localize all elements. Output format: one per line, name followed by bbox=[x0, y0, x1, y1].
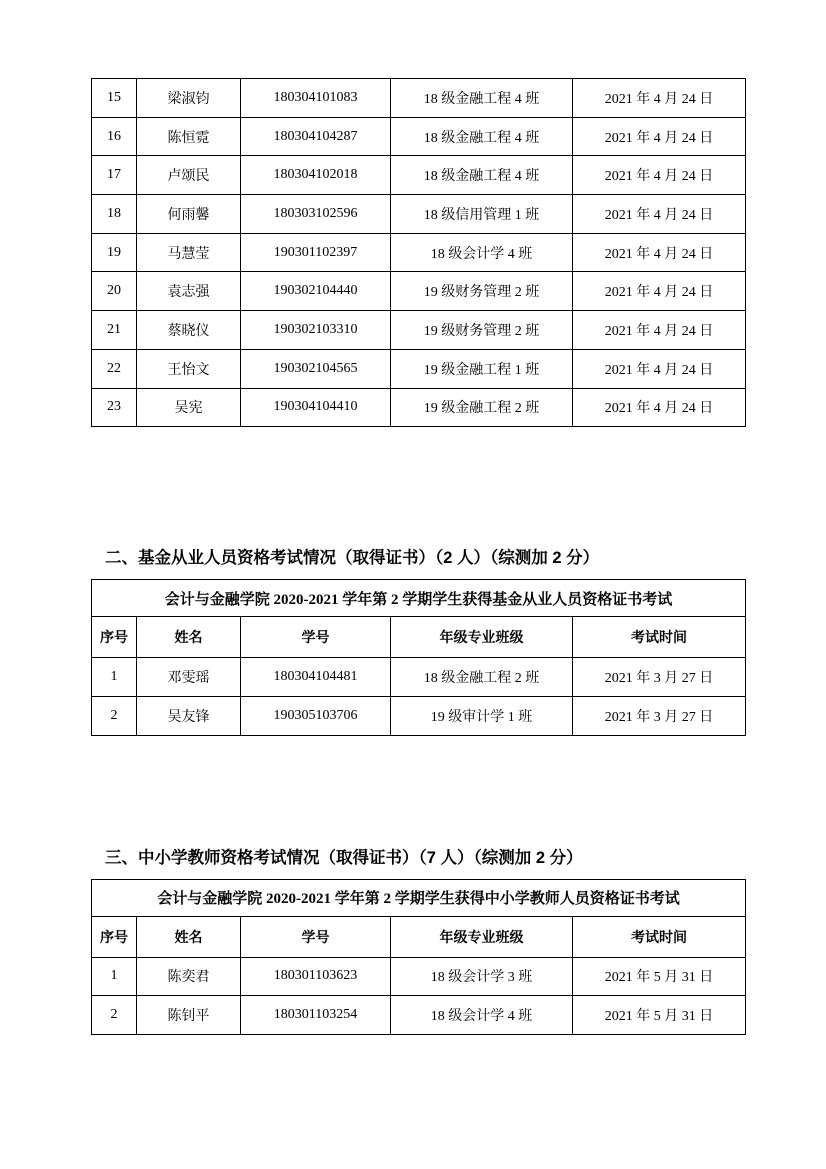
col-header-name: 姓名 bbox=[137, 617, 241, 658]
table-header-row: 序号 姓名 学号 年级专业班级 考试时间 bbox=[92, 916, 746, 957]
table-cell: 180303102596 bbox=[241, 195, 391, 234]
table-cell: 2021 年 4 月 24 日 bbox=[573, 156, 746, 195]
table-cell: 1 bbox=[92, 957, 137, 996]
table-cell: 邓雯瑶 bbox=[137, 658, 241, 697]
table-cell: 18 级金融工程 4 班 bbox=[391, 117, 573, 156]
table-header-row: 序号 姓名 学号 年级专业班级 考试时间 bbox=[92, 617, 746, 658]
col-header-class: 年级专业班级 bbox=[391, 916, 573, 957]
table-cell: 19 级财务管理 2 班 bbox=[391, 311, 573, 350]
col-header-class: 年级专业班级 bbox=[391, 617, 573, 658]
col-header-name: 姓名 bbox=[137, 916, 241, 957]
table-cell: 2021 年 4 月 24 日 bbox=[573, 388, 746, 427]
table-cell: 2021 年 4 月 24 日 bbox=[573, 311, 746, 350]
table-cell: 190302104440 bbox=[241, 272, 391, 311]
document-content: 15梁淑钧18030410108318 级金融工程 4 班2021 年 4 月 … bbox=[91, 78, 745, 1035]
teacher-exam-table-head: 会计与金融学院 2020-2021 学年第 2 学期学生获得中小学教师人员资格证… bbox=[92, 879, 746, 957]
table-cell: 2021 年 4 月 24 日 bbox=[573, 272, 746, 311]
table-cell: 马慧莹 bbox=[137, 233, 241, 272]
table-cell: 180304104287 bbox=[241, 117, 391, 156]
table-cell: 19 级金融工程 2 班 bbox=[391, 388, 573, 427]
table-cell: 陈钊平 bbox=[137, 996, 241, 1035]
col-header-index: 序号 bbox=[92, 916, 137, 957]
col-header-exam-date: 考试时间 bbox=[573, 916, 746, 957]
table-cell: 190304104410 bbox=[241, 388, 391, 427]
table-row: 18何雨馨18030310259618 级信用管理 1 班2021 年 4 月 … bbox=[92, 195, 746, 234]
table-row: 16陈恒霓18030410428718 级金融工程 4 班2021 年 4 月 … bbox=[92, 117, 746, 156]
table-cell: 190301102397 bbox=[241, 233, 391, 272]
table-cell: 18 级金融工程 4 班 bbox=[391, 79, 573, 118]
certificate-table-continued-body: 15梁淑钧18030410108318 级金融工程 4 班2021 年 4 月 … bbox=[92, 79, 746, 427]
table-row: 19马慧莹19030110239718 级会计学 4 班2021 年 4 月 2… bbox=[92, 233, 746, 272]
table-cell: 190305103706 bbox=[241, 696, 391, 735]
col-header-exam-date: 考试时间 bbox=[573, 617, 746, 658]
table-row: 22王怡文19030210456519 级金融工程 1 班2021 年 4 月 … bbox=[92, 349, 746, 388]
table-cell: 吴宪 bbox=[137, 388, 241, 427]
table-cell: 22 bbox=[92, 349, 137, 388]
table-cell: 18 级金融工程 4 班 bbox=[391, 156, 573, 195]
section-heading-teacher-exam: 三、中小学教师资格考试情况（取得证书）（7 人）（综测加 2 分） bbox=[105, 847, 745, 869]
teacher-exam-table: 会计与金融学院 2020-2021 学年第 2 学期学生获得中小学教师人员资格证… bbox=[91, 879, 746, 1035]
table-cell: 180301103623 bbox=[241, 957, 391, 996]
table-row: 23吴宪19030410441019 级金融工程 2 班2021 年 4 月 2… bbox=[92, 388, 746, 427]
col-header-index: 序号 bbox=[92, 617, 137, 658]
table-cell: 袁志强 bbox=[137, 272, 241, 311]
table-cell: 2021 年 3 月 27 日 bbox=[573, 658, 746, 697]
table-cell: 2021 年 4 月 24 日 bbox=[573, 117, 746, 156]
table-cell: 2021 年 4 月 24 日 bbox=[573, 349, 746, 388]
table-row: 15梁淑钧18030410108318 级金融工程 4 班2021 年 4 月 … bbox=[92, 79, 746, 118]
table-cell: 2021 年 4 月 24 日 bbox=[573, 233, 746, 272]
table-cell: 180304104481 bbox=[241, 658, 391, 697]
table-cell: 18 级会计学 4 班 bbox=[391, 996, 573, 1035]
table-cell: 王怡文 bbox=[137, 349, 241, 388]
table-cell: 19 bbox=[92, 233, 137, 272]
table-row: 17卢颂民18030410201818 级金融工程 4 班2021 年 4 月 … bbox=[92, 156, 746, 195]
table-cell: 吴友锋 bbox=[137, 696, 241, 735]
table-row: 20袁志强19030210444019 级财务管理 2 班2021 年 4 月 … bbox=[92, 272, 746, 311]
document-page: 15梁淑钧18030410108318 级金融工程 4 班2021 年 4 月 … bbox=[0, 0, 826, 1169]
table-cell: 陈恒霓 bbox=[137, 117, 241, 156]
table-cell: 180304102018 bbox=[241, 156, 391, 195]
table-cell: 18 级金融工程 2 班 bbox=[391, 658, 573, 697]
certificate-table-continued: 15梁淑钧18030410108318 级金融工程 4 班2021 年 4 月 … bbox=[91, 78, 746, 427]
table-cell: 16 bbox=[92, 117, 137, 156]
table-cell: 2021 年 5 月 31 日 bbox=[573, 957, 746, 996]
teacher-exam-table-body: 1陈奕君18030110362318 级会计学 3 班2021 年 5 月 31… bbox=[92, 957, 746, 1034]
table-cell: 180301103254 bbox=[241, 996, 391, 1035]
table-cell: 陈奕君 bbox=[137, 957, 241, 996]
col-header-student-id: 学号 bbox=[241, 916, 391, 957]
table-cell: 18 级信用管理 1 班 bbox=[391, 195, 573, 234]
table-cell: 2021 年 4 月 24 日 bbox=[573, 79, 746, 118]
fund-exam-table: 会计与金融学院 2020-2021 学年第 2 学期学生获得基金从业人员资格证书… bbox=[91, 579, 746, 735]
table-cell: 1 bbox=[92, 658, 137, 697]
col-header-student-id: 学号 bbox=[241, 617, 391, 658]
table-row: 2陈钊平18030110325418 级会计学 4 班2021 年 5 月 31… bbox=[92, 996, 746, 1035]
table-cell: 21 bbox=[92, 311, 137, 350]
table-cell: 2021 年 5 月 31 日 bbox=[573, 996, 746, 1035]
table-title-row: 会计与金融学院 2020-2021 学年第 2 学期学生获得中小学教师人员资格证… bbox=[92, 879, 746, 916]
table-cell: 190302103310 bbox=[241, 311, 391, 350]
table-cell: 2021 年 4 月 24 日 bbox=[573, 195, 746, 234]
table-cell: 180304101083 bbox=[241, 79, 391, 118]
table-cell: 18 级会计学 4 班 bbox=[391, 233, 573, 272]
table-row: 21蔡晓仪19030210331019 级财务管理 2 班2021 年 4 月 … bbox=[92, 311, 746, 350]
table-cell: 190302104565 bbox=[241, 349, 391, 388]
table-cell: 23 bbox=[92, 388, 137, 427]
table-cell: 17 bbox=[92, 156, 137, 195]
table-row: 1陈奕君18030110362318 级会计学 3 班2021 年 5 月 31… bbox=[92, 957, 746, 996]
table-row: 1邓雯瑶18030410448118 级金融工程 2 班2021 年 3 月 2… bbox=[92, 658, 746, 697]
table-cell: 2 bbox=[92, 696, 137, 735]
fund-exam-table-title: 会计与金融学院 2020-2021 学年第 2 学期学生获得基金从业人员资格证书… bbox=[92, 580, 746, 617]
table-cell: 19 级审计学 1 班 bbox=[391, 696, 573, 735]
table-cell: 卢颂民 bbox=[137, 156, 241, 195]
table-title-row: 会计与金融学院 2020-2021 学年第 2 学期学生获得基金从业人员资格证书… bbox=[92, 580, 746, 617]
table-cell: 2 bbox=[92, 996, 137, 1035]
table-cell: 20 bbox=[92, 272, 137, 311]
table-cell: 18 bbox=[92, 195, 137, 234]
table-cell: 蔡晓仪 bbox=[137, 311, 241, 350]
fund-exam-table-head: 会计与金融学院 2020-2021 学年第 2 学期学生获得基金从业人员资格证书… bbox=[92, 580, 746, 658]
table-cell: 2021 年 3 月 27 日 bbox=[573, 696, 746, 735]
section-heading-fund-exam: 二、基金从业人员资格考试情况（取得证书）（2 人）（综测加 2 分） bbox=[105, 547, 745, 569]
teacher-exam-table-title: 会计与金融学院 2020-2021 学年第 2 学期学生获得中小学教师人员资格证… bbox=[92, 879, 746, 916]
table-row: 2吴友锋19030510370619 级审计学 1 班2021 年 3 月 27… bbox=[92, 696, 746, 735]
fund-exam-table-body: 1邓雯瑶18030410448118 级金融工程 2 班2021 年 3 月 2… bbox=[92, 658, 746, 735]
table-cell: 15 bbox=[92, 79, 137, 118]
table-cell: 19 级金融工程 1 班 bbox=[391, 349, 573, 388]
table-cell: 梁淑钧 bbox=[137, 79, 241, 118]
table-cell: 18 级会计学 3 班 bbox=[391, 957, 573, 996]
table-cell: 何雨馨 bbox=[137, 195, 241, 234]
table-cell: 19 级财务管理 2 班 bbox=[391, 272, 573, 311]
